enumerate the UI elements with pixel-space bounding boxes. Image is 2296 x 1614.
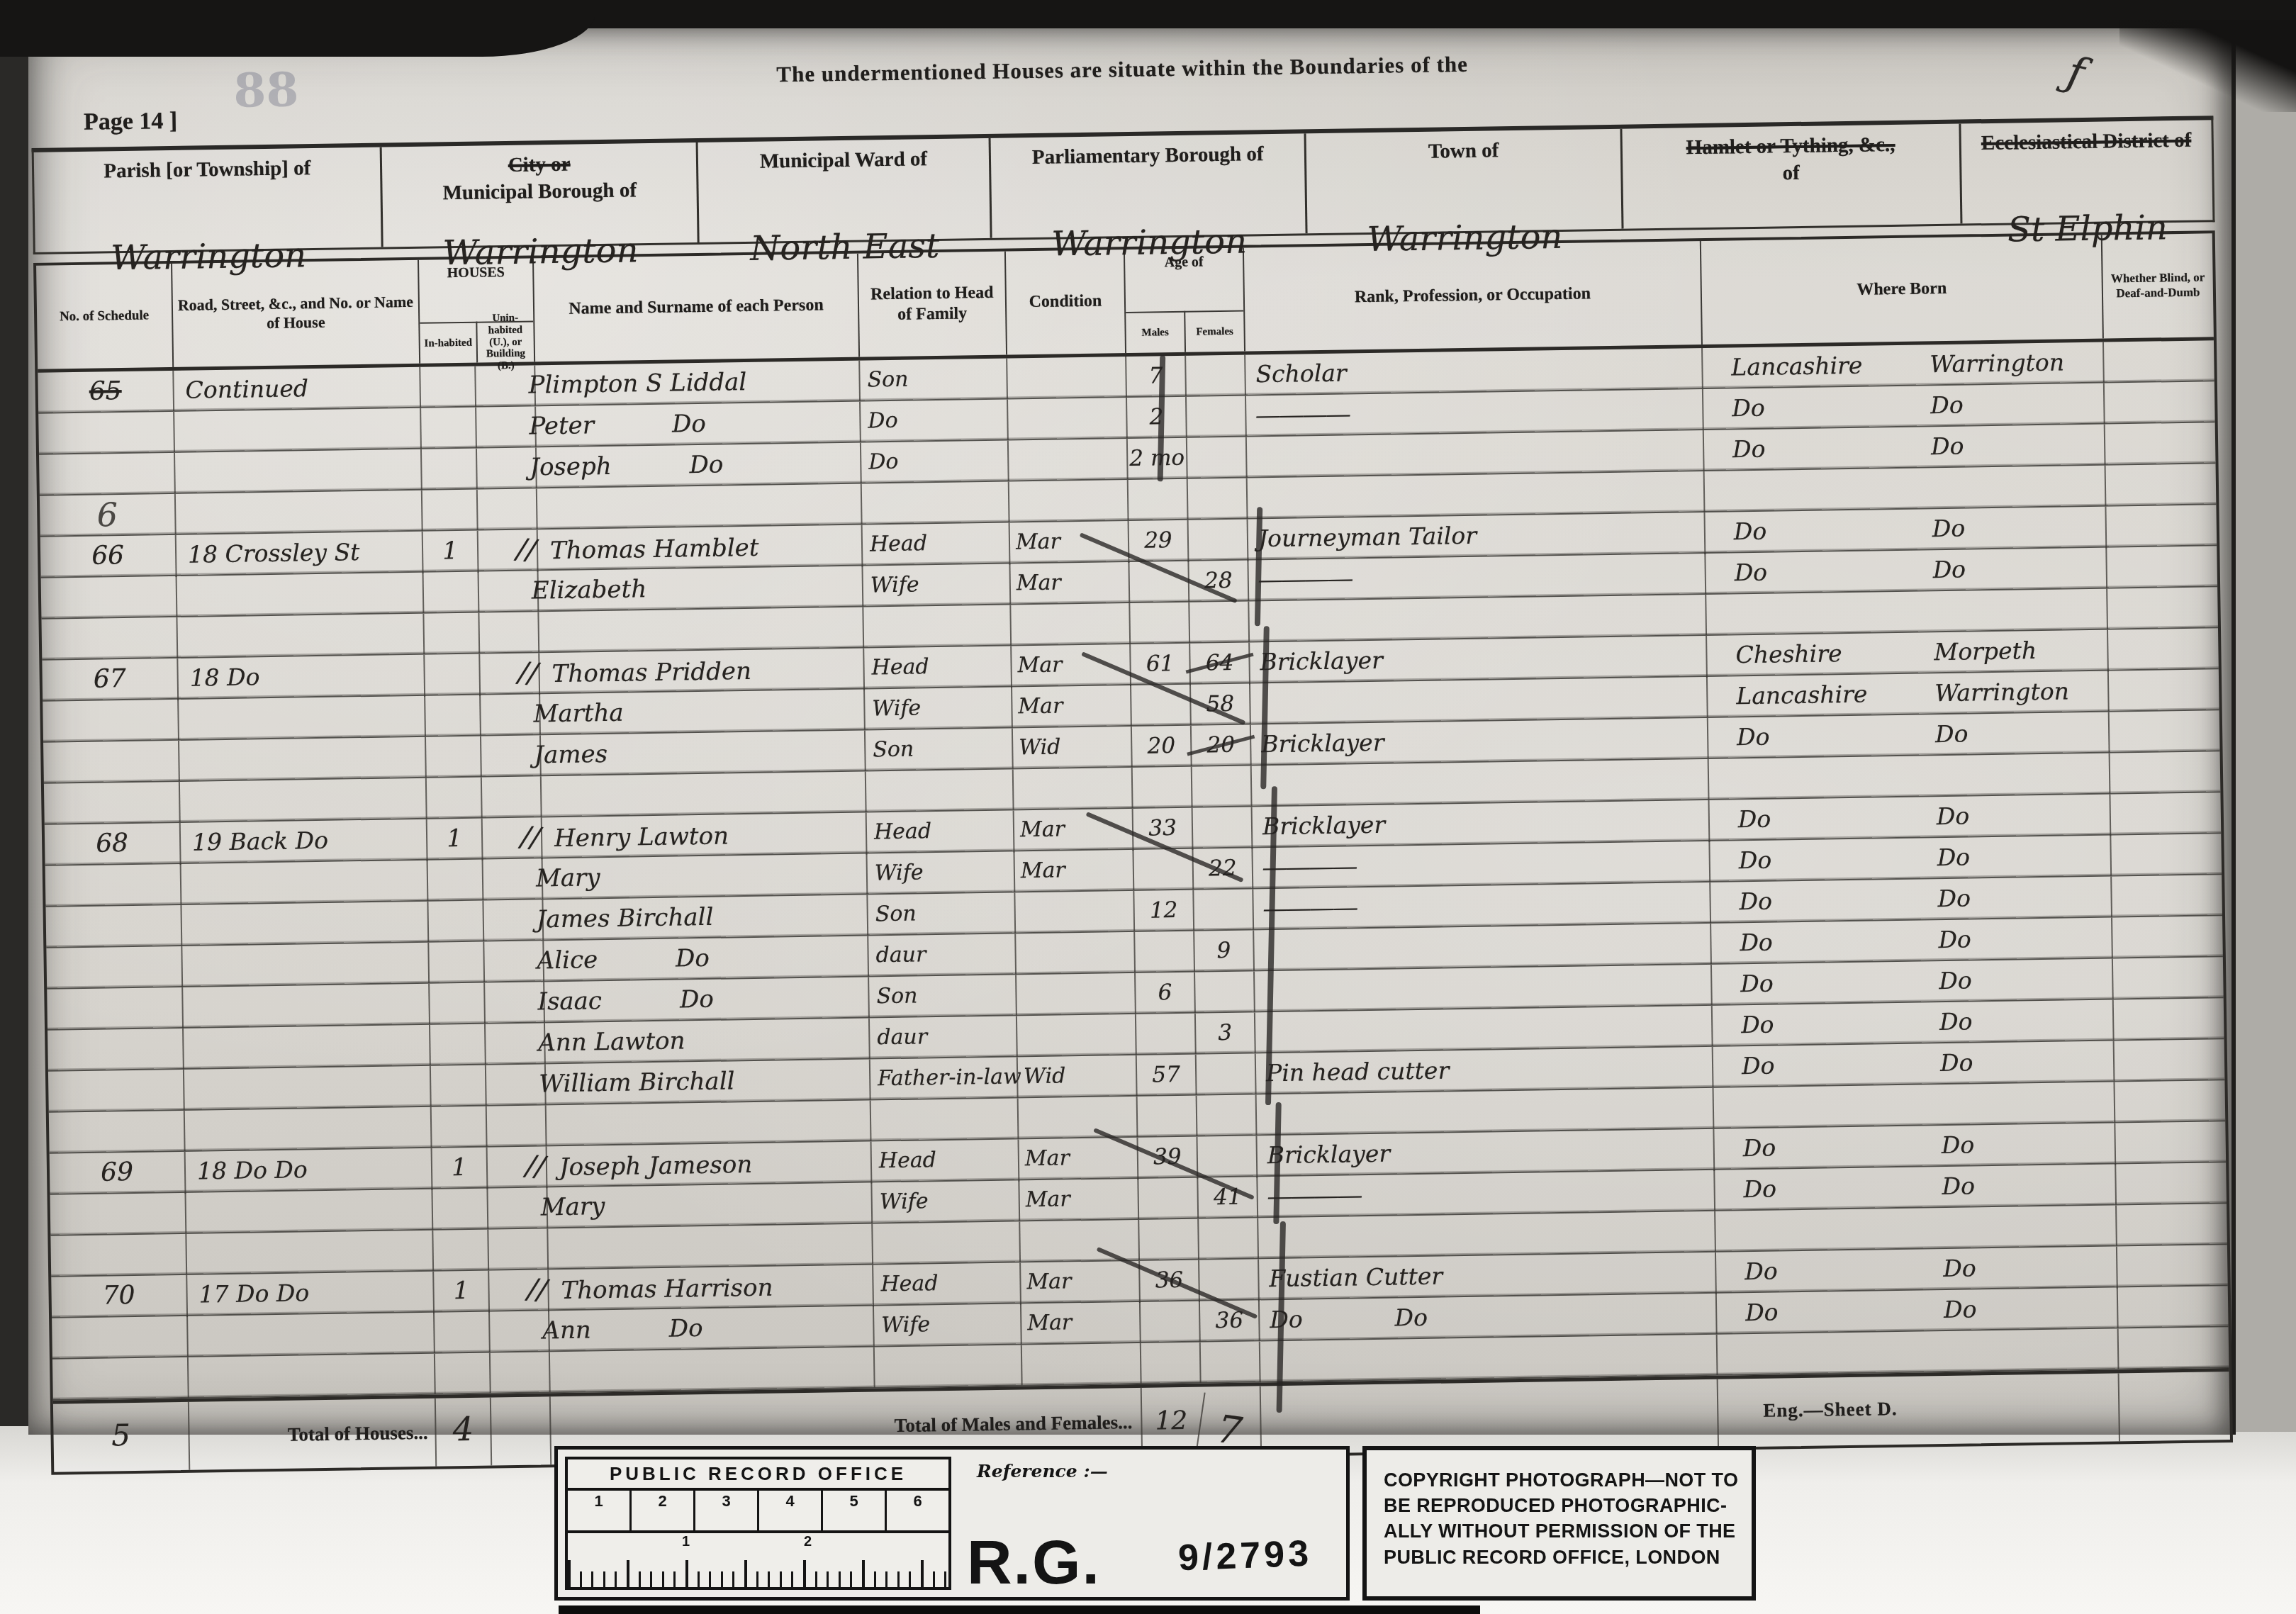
inch-mark: 2 [629, 1491, 693, 1530]
cell-schedule [52, 1316, 187, 1359]
cell-age-females [1197, 1218, 1258, 1259]
cell-occupation: Bricklayer [1250, 718, 1708, 766]
cell-occupation: Scholar [1244, 348, 1702, 396]
cell-age-females [1196, 1136, 1256, 1178]
born-town: Do [1932, 550, 1966, 590]
occupation-text [1265, 1018, 1266, 1046]
person-name: Henry Lawton [554, 822, 729, 853]
occupation-text: Bricklayer [1262, 811, 1386, 841]
stamp-main-box: PUBLIC RECORD OFFICE 1 2 3 4 5 6 1 2 Ref… [554, 1446, 1350, 1601]
photo-edge-corner [2119, 20, 2296, 112]
cell-infirm [2107, 669, 2219, 711]
cell-age-males: 2 mo [1126, 438, 1187, 479]
surname-ditto: Do [680, 985, 714, 1014]
cell-infirm [2115, 1204, 2227, 1245]
cell-infirm [2109, 751, 2221, 793]
cell-age-females: 64 [1189, 643, 1249, 685]
stamp-office-title: PUBLIC RECORD OFFICE [568, 1459, 948, 1491]
cell-age-females [1194, 971, 1254, 1012]
cell-inhabited [427, 901, 483, 942]
cell-born: DoDo [1710, 918, 2112, 964]
cell-schedule: 66 [40, 535, 176, 579]
cell-uninhabited [475, 406, 535, 447]
copyright-notice-box: COPYRIGHT PHOTOGRAPH—NOT TO BE REPRODUCE… [1362, 1446, 1756, 1601]
cell-age-males [1139, 1301, 1199, 1343]
totals-empty-cell [490, 1396, 550, 1465]
photo-edge-top-left [0, 0, 595, 57]
person-name: Mary [536, 863, 600, 892]
surname-ditto [610, 617, 610, 645]
cell-uninhabited [482, 900, 542, 941]
cell-name: JosephDo [535, 443, 861, 488]
cell-condition: Wid [1017, 1055, 1136, 1097]
cell-street [177, 696, 425, 740]
cell-infirm [2104, 422, 2216, 464]
cell-age-females [1191, 766, 1251, 807]
cell-name: IsaacDo [543, 977, 868, 1023]
occupation-ditto [1477, 809, 1478, 837]
cell-street [176, 614, 423, 658]
cell-schedule [41, 576, 177, 619]
cell-age-males [1131, 767, 1192, 808]
cell-name [547, 1224, 872, 1270]
born-county: Do [1740, 964, 1774, 1004]
cell-infirm [2117, 1286, 2229, 1328]
occupation-ditto [1541, 1055, 1542, 1082]
cell-occupation [1259, 1335, 1717, 1382]
occupation-text: Scholar [1255, 359, 1347, 388]
surname-ditto [812, 1066, 813, 1094]
cell-infirm [2105, 505, 2217, 548]
cell-inhabited [425, 778, 481, 819]
table-body: 65 Continued Plimpton S Liddal Son 7 Sch… [38, 340, 2229, 1400]
cell-age-females [1192, 807, 1252, 850]
cell-condition: Mar [1017, 1138, 1137, 1181]
cell-age-females: 9 [1193, 930, 1253, 971]
boundary-label-pre: Ecclesiastical District of [1961, 127, 2212, 157]
cell-age-females [1188, 602, 1248, 643]
occupation-ditto [1360, 1222, 1361, 1250]
cell-schedule: 70 [51, 1275, 186, 1319]
born-county: Lancashire [1736, 675, 1868, 717]
cell-relation: Do [859, 400, 1007, 442]
stamp-inch-scale: 1 2 3 4 5 6 [568, 1491, 948, 1533]
cell-age-males: 57 [1136, 1055, 1196, 1096]
col-header-age-group: Age of Males Females [1124, 248, 1244, 353]
cell-age-females: 3 [1194, 1012, 1255, 1053]
house-ditto-tick: // [525, 1145, 547, 1187]
col-header-infirm: Whether Blind, or Deaf-and-Dumb [2101, 233, 2214, 338]
cell-name: AnnDo [548, 1306, 873, 1351]
cell-uninhabited [478, 571, 538, 612]
cell-occupation: Fustian Cutter [1258, 1252, 1715, 1301]
cell-occupation [1253, 924, 1710, 971]
cell-relation: Son [866, 892, 1014, 935]
cell-name: //Henry Lawton [541, 813, 866, 860]
cell-occupation [1254, 1006, 1712, 1053]
born-county: Cheshire [1735, 634, 1842, 675]
cell-age-females [1185, 396, 1245, 437]
cell-schedule [49, 1111, 184, 1153]
person-name: Thomas Harrison [561, 1274, 773, 1305]
cell-street: 18 Do Do [184, 1148, 432, 1194]
cell-uninhabited [478, 612, 538, 653]
cell-relation: Head [861, 523, 1009, 567]
cell-born: DoDo [1709, 877, 2111, 923]
cell-occupation: ―――― [1247, 554, 1705, 601]
inch-mark: 4 [757, 1491, 821, 1530]
cell-street [173, 408, 420, 452]
cell-name: AliceDo [542, 936, 868, 982]
house-ditto-tick: // [515, 529, 538, 571]
occupation-ditto [1438, 358, 1439, 386]
cell-street [174, 491, 422, 534]
cell-inhabited [424, 695, 480, 736]
person-name: Martha [533, 699, 624, 729]
person-name: Elizabeth [532, 575, 647, 605]
cell-occupation: Bricklayer [1251, 800, 1709, 849]
occupation-text: ―――― [1263, 893, 1357, 922]
cell-street [176, 573, 423, 617]
born-county: Do [1739, 882, 1772, 922]
cell-uninhabited [476, 488, 537, 529]
cell-born [1708, 753, 2110, 800]
occupation-ditto [1449, 851, 1450, 878]
born-town: Do [1937, 878, 1971, 919]
cell-relation: Son [864, 729, 1012, 771]
born-town: Do [1943, 1248, 1976, 1289]
born-town: Warrington [1930, 342, 2064, 384]
cell-infirm [2112, 998, 2224, 1040]
cell-street [184, 1189, 432, 1233]
cell-uninhabited [488, 1311, 549, 1352]
cell-born: DoDo [1708, 836, 2110, 882]
occupation-text: Bricklayer [1260, 646, 1383, 676]
cell-infirm [2105, 546, 2217, 588]
cell-condition: Mar [1020, 1302, 1140, 1344]
occupation-ditto [1482, 1138, 1483, 1166]
cell-infirm [2111, 916, 2223, 958]
cell-age-males: 2 [1126, 397, 1186, 438]
occupation-ditto [1351, 605, 1352, 633]
stamp-reference-area: Reference :— R.G. 9/2793 [958, 1450, 1346, 1597]
cell-infirm [2107, 628, 2219, 671]
cell-uninhabited [489, 1352, 549, 1393]
occupation-ditto [1353, 688, 1353, 715]
cell-occupation: ―――― [1251, 841, 1709, 889]
born-town: Do [1936, 796, 1969, 836]
cell-infirm [2116, 1245, 2228, 1288]
occupation-ditto [1535, 1261, 1535, 1289]
cell-street [181, 943, 428, 987]
born-town: Do [1944, 1289, 1977, 1330]
cell-born [1713, 1082, 2115, 1128]
cell-occupation [1245, 430, 1703, 478]
born-county: Do [1741, 1005, 1774, 1046]
cell-born: DoDo [1715, 1246, 2117, 1294]
occupation-ditto [1354, 770, 1355, 797]
cell-schedule [38, 412, 174, 454]
cell-schedule: 69 [50, 1152, 185, 1196]
cell-inhabited [427, 942, 483, 983]
cell-uninhabited [483, 941, 543, 982]
boundary-box-hamlet: Hamlet or Tything, &c., of [1620, 124, 1960, 229]
cell-age-males [1129, 603, 1189, 644]
folio-stamp-number: 88 [233, 62, 299, 118]
inch-mark: 1 [568, 1491, 629, 1530]
col-header-inhabited: In-habited [420, 322, 476, 364]
cell-relation: Wife [870, 1180, 1019, 1223]
cell-age-males [1130, 685, 1190, 726]
boundary-value: Warrington [383, 232, 698, 271]
census-page: The undermentioned Houses are situate wi… [28, 26, 2236, 1435]
cell-age-males: 6 [1134, 973, 1194, 1014]
person-name: Joseph Jameson [559, 1150, 753, 1182]
cell-born: DoDo [1711, 1000, 2113, 1046]
cell-schedule [41, 617, 177, 660]
cell-relation: daur [868, 1016, 1017, 1058]
cell-born: DoDo [1707, 712, 2109, 758]
born-county: Do [1745, 1252, 1778, 1292]
col-header-males: Males [1126, 311, 1185, 353]
born-town: Do [1938, 919, 1971, 960]
cell-infirm [2105, 464, 2217, 505]
cell-born: DoDo [1708, 795, 2110, 842]
surname-ditto [829, 656, 830, 684]
boundary-value: Warrington [35, 237, 382, 276]
occupation-text: ―――― [1256, 400, 1350, 429]
occupation-ditto [1349, 441, 1350, 469]
surname-ditto [683, 1191, 683, 1219]
cell-schedule: 68 [45, 823, 180, 867]
cell-name [545, 1101, 870, 1146]
born-county: Do [1732, 388, 1765, 429]
occupation-ditto [1569, 520, 1569, 548]
cell-inhabited [420, 408, 476, 449]
person-name: Mary [541, 1192, 605, 1221]
cell-condition: Mar [1009, 562, 1129, 604]
born-county: Do [1734, 553, 1767, 593]
cell-infirm [2115, 1162, 2227, 1204]
cell-condition [1016, 1014, 1136, 1056]
born-county: Do [1742, 1046, 1775, 1087]
occupation-text: ―――― [1263, 852, 1357, 881]
cell-relation: Head [866, 810, 1014, 854]
cell-schedule [43, 741, 179, 783]
occupation-text [1257, 442, 1258, 470]
person-name: James Birchall [537, 903, 714, 934]
surname-ditto [830, 1149, 831, 1177]
cell-schedule: 6 [40, 494, 175, 537]
born-county: Do [1737, 717, 1770, 758]
cell-condition: Wid [1012, 727, 1131, 768]
cell-relation: Son [868, 975, 1016, 1017]
born-county: Do [1738, 800, 1771, 840]
cell-infirm [2110, 875, 2222, 917]
cell-age-males [1127, 479, 1187, 520]
born-town: Do [1931, 427, 1964, 467]
cell-uninhabited [480, 735, 540, 776]
cell-street [185, 1231, 432, 1274]
cell-born: DoDo [1703, 507, 2105, 554]
cell-relation: Wife [861, 564, 1009, 607]
cell-age-males [1138, 1219, 1198, 1260]
cell-schedule: 67 [42, 659, 177, 702]
cell-condition: Mar [1011, 685, 1131, 727]
cell-relation: Son [858, 359, 1007, 401]
cell-inhabited [429, 1024, 485, 1065]
cell-infirm [2112, 957, 2224, 999]
cell-occupation: ―――― [1252, 882, 1710, 930]
cell-name [540, 772, 866, 817]
cm-mark: 2 [804, 1534, 812, 1550]
born-town: Do [1939, 1002, 1973, 1042]
cell-inhabited [430, 1065, 486, 1106]
cell-schedule [39, 453, 174, 495]
cell-street [179, 778, 426, 822]
cell-inhabited [430, 1106, 486, 1148]
total-houses-value: 4 [435, 1398, 491, 1467]
cell-condition [1008, 480, 1128, 522]
cell-schedule [46, 946, 181, 989]
cell-name: //Thomas Pridden [538, 649, 863, 695]
born-county: Do [1745, 1293, 1779, 1333]
cell-name: Elizabeth [537, 566, 863, 612]
surname-ditto [824, 366, 825, 395]
cell-street: 19 Back Do [179, 819, 427, 865]
cell-infirm [2102, 340, 2214, 382]
cell-inhabited [432, 1230, 488, 1271]
cell-name: Ann Lawton [544, 1019, 869, 1064]
cell-schedule [48, 1070, 184, 1112]
cell-age-females [1196, 1094, 1256, 1136]
cell-relation [871, 1221, 1019, 1264]
totals-empty-cell [2118, 1372, 2230, 1441]
cell-born: DoDo [1713, 1123, 2115, 1170]
cell-uninhabited [474, 365, 534, 406]
boundary-label: Town of [1306, 136, 1620, 167]
cell-occupation [1249, 677, 1707, 724]
cell-occupation: Bricklayer [1248, 636, 1706, 685]
occupation-ditto [1476, 727, 1477, 755]
boundary-box-borough: City or Municipal Borough of Warrington [380, 142, 697, 247]
cell-occupation: ―――― [1245, 389, 1703, 437]
cell-street [186, 1313, 434, 1357]
cell-relation [865, 769, 1013, 812]
cell-schedule [47, 987, 182, 1030]
cell-inhabited: 1 [426, 819, 482, 861]
person-name: Isaac [537, 987, 602, 1016]
cell-infirm [2113, 1039, 2225, 1081]
cell-relation [870, 1098, 1018, 1141]
occupation-text: ―――― [1259, 564, 1353, 593]
cell-inhabited: 1 [422, 531, 478, 573]
cell-infirm [2108, 710, 2220, 752]
boundary-label-pre: City or [382, 150, 696, 181]
boundary-box-parliamentary: Parliamentary Borough of Warrington [989, 133, 1306, 238]
surname-ditto [851, 1272, 851, 1301]
cell-schedule [50, 1234, 186, 1277]
boundary-label: Municipal Ward of [698, 145, 990, 176]
cell-age-males [1140, 1343, 1200, 1384]
cell-street: 17 Do Do [186, 1272, 433, 1317]
cell-age-females [1199, 1341, 1260, 1382]
cell-age-females [1192, 889, 1253, 930]
cell-age-males: 7 [1125, 356, 1185, 397]
person-name: William Birchall [539, 1067, 735, 1098]
cell-relation: Wife [863, 688, 1012, 730]
cell-condition [1007, 398, 1126, 439]
photo-backing-right [2234, 21, 2296, 1432]
person-name: Joseph [530, 452, 612, 482]
cell-schedule [47, 1029, 183, 1071]
cell-born: DoDo [1712, 1041, 2114, 1087]
copyright-line: BE REPRODUCED PHOTOGRAPHIC- [1384, 1493, 1752, 1518]
cell-street [187, 1354, 435, 1398]
cell-inhabited [422, 613, 478, 654]
cell-inhabited [433, 1312, 489, 1353]
cell-inhabited: 1 [431, 1148, 487, 1190]
born-town: Morpeth [1934, 631, 2037, 672]
cell-age-males: 20 [1131, 726, 1191, 767]
occupation-ditto [1357, 975, 1357, 1003]
surname-ditto [608, 493, 609, 522]
cm-mark: 1 [682, 1534, 690, 1550]
boundary-box-town: Town of Warrington [1304, 129, 1621, 234]
cell-uninhabited [483, 982, 544, 1023]
occupation-text: Fustian Cutter [1269, 1262, 1443, 1293]
cell-uninhabited [487, 1228, 547, 1270]
cell-street [182, 1025, 430, 1069]
cell-street [181, 984, 429, 1028]
reference-label: Reference :— [977, 1461, 1108, 1481]
sheet-label: Eng.—Sheet D. [1763, 1398, 1898, 1422]
cell-born [1714, 1205, 2116, 1251]
cell-condition: Mar [1013, 850, 1133, 892]
house-ditto-tick: // [517, 653, 539, 694]
cell-age-males [1133, 931, 1194, 973]
cell-born [1703, 466, 2105, 512]
cell-name [549, 1347, 874, 1392]
cell-infirm [2117, 1327, 2229, 1369]
cell-occupation [1257, 1211, 1715, 1259]
cell-born: CheshireMorpeth [1706, 630, 2107, 678]
cell-born: DoDo [1702, 383, 2104, 430]
person-name: Ann [542, 1316, 591, 1345]
cell-schedule: 65 [38, 371, 173, 413]
cell-occupation [1255, 1088, 1713, 1136]
cell-street: 18 Crossley St [175, 532, 422, 577]
cell-inhabited [420, 449, 476, 490]
cell-condition [1014, 932, 1134, 974]
boundary-box-parish: Parish [or Township] of Warrington [34, 147, 381, 252]
col-header-relation: Relation to Head of Family [857, 252, 1006, 357]
occupation-ditto [1445, 563, 1445, 590]
occupation-ditto [1453, 1179, 1454, 1207]
cell-schedule [44, 782, 179, 824]
house-ditto-tick: // [520, 817, 542, 858]
cell-relation [861, 482, 1009, 525]
boundary-label: Municipal Borough of [383, 176, 697, 208]
cell-relation: Wife [873, 1304, 1021, 1346]
cell-inhabited [421, 490, 477, 531]
cell-inhabited [419, 366, 475, 408]
page-number-label: Page 14 ] [84, 108, 178, 136]
born-county: Do [1733, 512, 1766, 552]
boundary-value: Warrington [1308, 219, 1622, 258]
cell-uninhabited [482, 858, 542, 900]
boundary-label: of [1623, 157, 1959, 189]
